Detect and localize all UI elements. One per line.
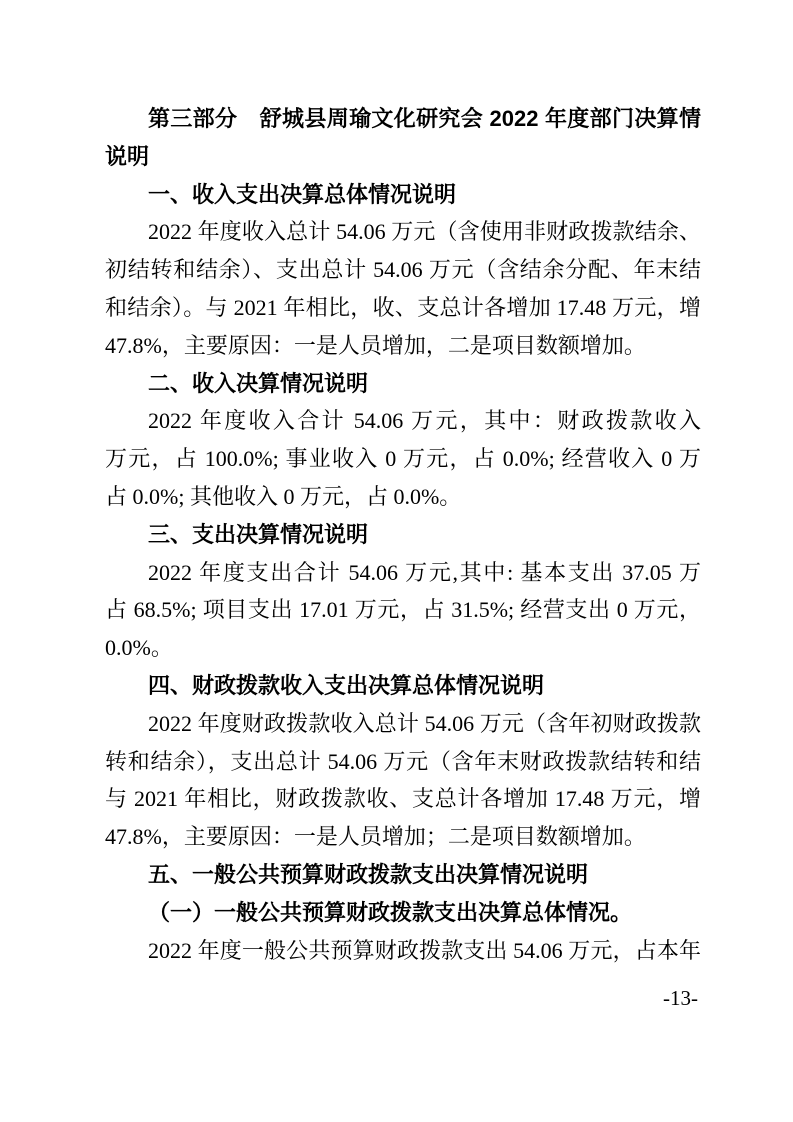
section-5-subheading: （一）一般公共预算财政拨款支出决算总体情况。 xyxy=(105,894,701,932)
document-title-line-1: 第三部分 舒城县周瑜文化研究会 2022 年度部门决算情况 xyxy=(105,100,701,138)
section-4-paragraph-line: 2022 年度财政拨款收入总计 54.06 万元（含年初财政拨款结 xyxy=(105,705,701,743)
section-3-paragraph-line: 2022 年度支出合计 54.06 万元,其中: 基本支出 37.05 万元， xyxy=(105,554,701,592)
section-4-paragraph-line: 47.8%，主要原因：一是人员增加；二是项目数额增加。 xyxy=(105,818,701,856)
section-1-paragraph-line: 和结余）。与 2021 年相比，收、支总计各增加 17.48 万元，增长 xyxy=(105,289,701,327)
section-4-paragraph-line: 转和结余），支出总计 54.06 万元（含年末财政拨款结转和结余）。 xyxy=(105,743,701,781)
section-5-paragraph-line: 2022 年度一般公共预算财政拨款支出 54.06 万元，占本年支 xyxy=(105,932,701,970)
page-number: -13- xyxy=(663,986,698,1011)
section-3-paragraph-line: 占 68.5%; 项目支出 17.01 万元，占 31.5%; 经营支出 0 万… xyxy=(105,591,701,629)
section-3-heading: 三、支出决算情况说明 xyxy=(105,516,701,554)
section-2-paragraph-line: 2022 年度收入合计 54.06 万元，其中：财政拨款收入 54.06 xyxy=(105,402,701,440)
section-5-heading: 五、一般公共预算财政拨款支出决算情况说明 xyxy=(105,856,701,894)
section-4-heading: 四、财政拨款收入支出决算总体情况说明 xyxy=(105,667,701,705)
section-2-paragraph-line: 万元，占 100.0%; 事业收入 0 万元，占 0.0%; 经营收入 0 万元… xyxy=(105,440,701,478)
document-title-line-2: 说明 xyxy=(105,138,701,176)
document-body: 第三部分 舒城县周瑜文化研究会 2022 年度部门决算情况 说明 一、收入支出决… xyxy=(105,100,701,969)
section-1-paragraph-line: 47.8%，主要原因：一是人员增加，二是项目数额增加。 xyxy=(105,327,701,365)
section-1-heading: 一、收入支出决算总体情况说明 xyxy=(105,176,701,214)
section-2-paragraph-line: 占 0.0%; 其他收入 0 万元，占 0.0%。 xyxy=(105,478,701,516)
document-page: 第三部分 舒城县周瑜文化研究会 2022 年度部门决算情况 说明 一、收入支出决… xyxy=(0,0,793,1122)
section-1-paragraph-line: 初结转和结余）、支出总计 54.06 万元（含结余分配、年末结转 xyxy=(105,251,701,289)
section-1-paragraph-line: 2022 年度收入总计 54.06 万元（含使用非财政拨款结余、年 xyxy=(105,213,701,251)
section-2-heading: 二、收入决算情况说明 xyxy=(105,365,701,403)
section-3-paragraph-line: 0.0%。 xyxy=(105,629,701,667)
section-4-paragraph-line: 与 2021 年相比，财政拨款收、支总计各增加 17.48 万元，增长 xyxy=(105,780,701,818)
